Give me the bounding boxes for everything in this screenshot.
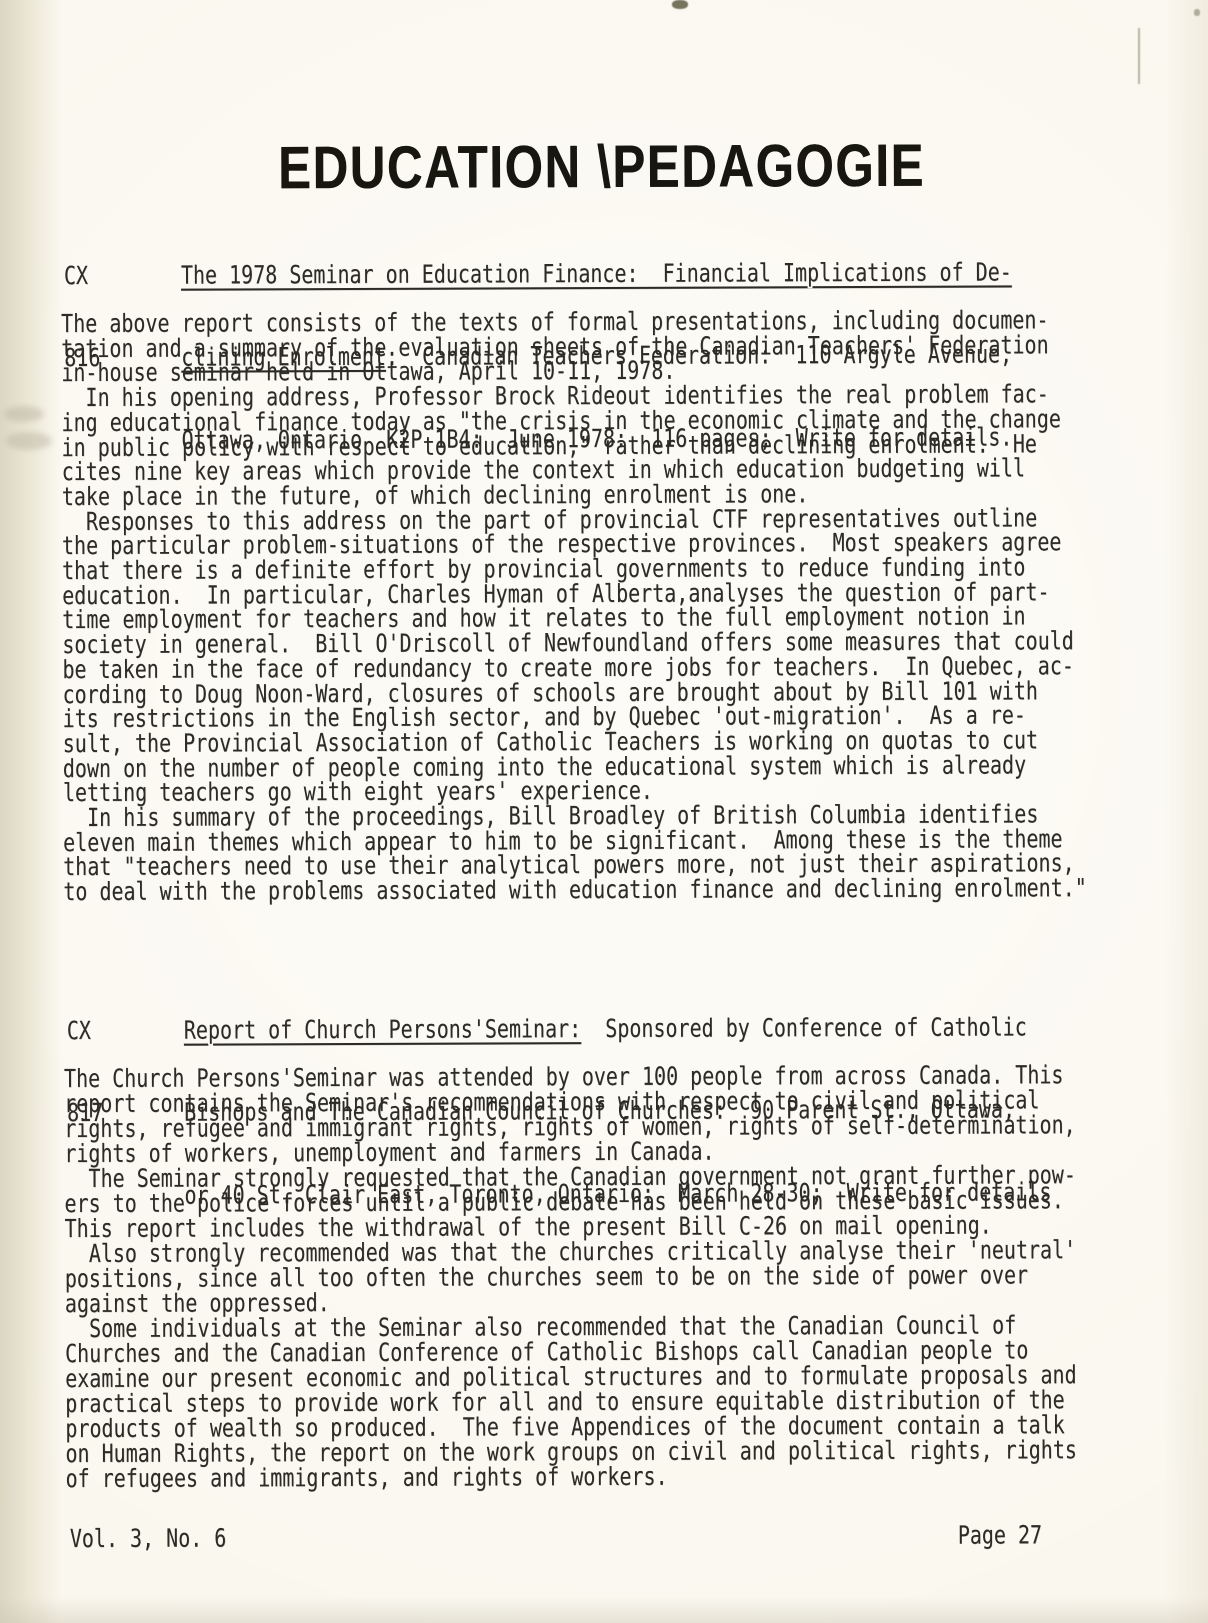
page-content: EDUCATION \PEDAGOGIE CX 816 The 1978 Sem… [0,0,1208,1623]
entry-body-cx817: The Church Persons'Seminar was attended … [64,1062,1186,1491]
entry-heading-line: Report of Church Persons'Seminar: Sponso… [184,1012,1208,1043]
entry-title-underlined: The 1978 Seminar on Education Finance: F… [181,257,1012,289]
entry-heading-line: The 1978 Seminar on Education Finance: F… [181,257,1208,288]
page-title: EDUCATION \PEDAGOGIE [106,135,1097,199]
scanned-document-page: { "colors": { "paper": "#faf7ee", "paper… [0,0,1208,1623]
paper-background: EDUCATION \PEDAGOGIE CX 816 The 1978 Sem… [0,0,1208,1623]
entry-body-cx816: The above report consists of the texts o… [61,308,1183,905]
entry-heading-text: Sponsored by Conference of Catholic [581,1012,1027,1043]
entry-title-underlined: Report of Church Persons'Seminar: [184,1014,581,1045]
footer-page-number: Page 27 [958,1522,1198,1548]
footer-volume: Vol. 3, No. 6 [70,1525,390,1551]
